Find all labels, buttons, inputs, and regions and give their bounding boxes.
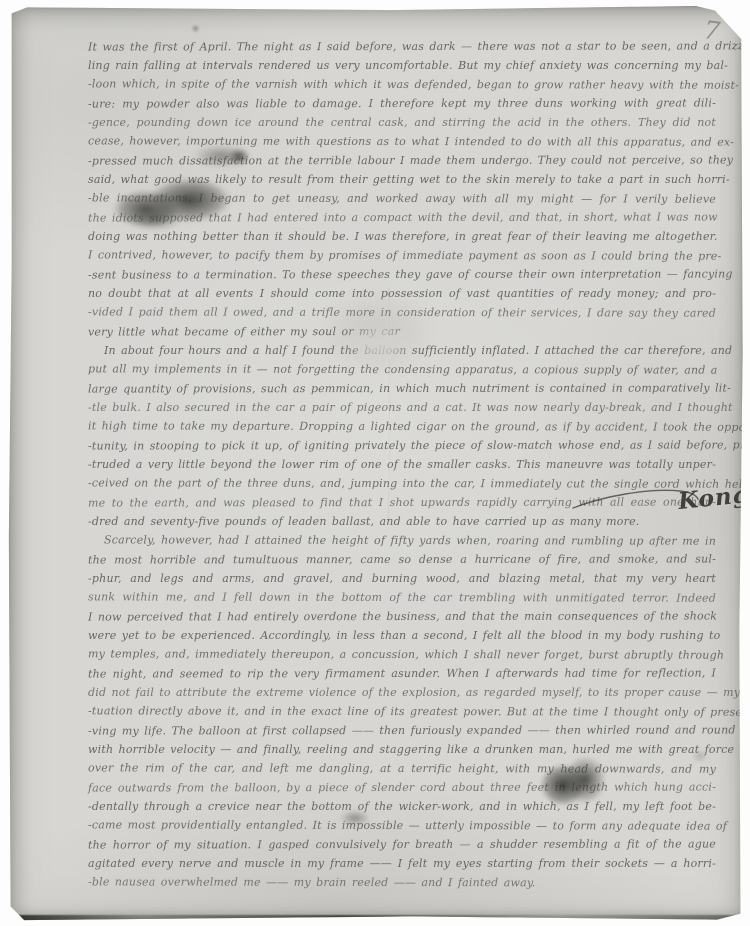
manuscript-line: Scarcely, however, had I attained the he…	[88, 530, 716, 550]
manuscript-line: agitated every nerve and muscle in my fr…	[88, 854, 716, 873]
manuscript-line: cease, however, importuning me with ques…	[88, 131, 716, 151]
margin-note: Kong.	[677, 482, 750, 513]
manuscript-line: It was the first of April. The night as …	[88, 36, 716, 56]
manuscript-line: -pressed much dissatisfaction at the ter…	[88, 150, 716, 170]
manuscript-line: -gence, pounding down ice around the cen…	[88, 113, 716, 132]
manuscript-line: -tunity, in stooping to pick it up, of i…	[88, 435, 716, 455]
manuscript-line: -dentally through a crevice near the bot…	[88, 797, 716, 816]
manuscript-line: I now perceived that I had entirely over…	[88, 606, 716, 626]
manuscript-line: over the rim of the car, and left me dan…	[88, 758, 716, 778]
manuscript-line: ling rain falling at intervals rendered …	[88, 56, 716, 75]
ink-blot-lobe	[564, 756, 606, 804]
manuscript-line: -came most providentially entangled. It …	[88, 815, 716, 835]
water-stain-core	[348, 322, 412, 366]
manuscript-line: with horrible velocity — and finally, re…	[88, 740, 716, 759]
manuscript-line: -truded a very little beyond the lower r…	[88, 455, 716, 474]
ink-blot	[228, 148, 250, 165]
manuscript-line: the most horrible and tumultuous manner,…	[88, 549, 716, 569]
manuscript-line: -ble nausea overwhelmed me —— my brain r…	[88, 872, 716, 892]
manuscript-line: -tle bulk. I also secured in the car a p…	[88, 398, 716, 417]
manuscript-line: -phur, and legs and arms, and gravel, an…	[88, 569, 716, 588]
manuscript-line: the night, and seemed to rip the very fi…	[88, 663, 716, 683]
paper-bottom-edge	[8, 915, 743, 921]
manuscript-line: were yet to be experienced. Accordingly,…	[88, 626, 716, 645]
manuscript-line: my temples, and, immediately thereupon, …	[88, 644, 716, 664]
manuscript-line: -sent business to a termination. To thes…	[88, 264, 716, 284]
manuscript-line: it high time to take my departure. Dropp…	[88, 416, 716, 436]
ink-blot	[113, 176, 233, 232]
scan-background: 7 It was the first of April. The night a…	[0, 0, 750, 926]
paper-spot	[692, 750, 708, 762]
ink-smudge	[340, 810, 370, 826]
manuscript-page: 7 It was the first of April. The night a…	[8, 6, 743, 921]
manuscript-line: face outwards from the balloon, by a pie…	[88, 777, 716, 797]
manuscript-line: the horror of my situation. I gasped con…	[88, 834, 716, 854]
manuscript-line: -ving my life. The balloon at first coll…	[88, 720, 716, 740]
manuscript-line: large quantity of provisions, such as pe…	[88, 378, 716, 398]
manuscript-line: -loon which, in spite of the varnish wit…	[88, 74, 716, 94]
manuscript-line: did not fail to attribute the extreme vi…	[88, 683, 716, 702]
manuscript-text: It was the first of April. The night as …	[88, 37, 716, 892]
manuscript-line: sunk within me, and I fell down in the b…	[88, 587, 716, 607]
manuscript-line: -ure: my powder also was liable to damag…	[88, 93, 716, 113]
ink-blot	[540, 756, 606, 810]
ink-blot-lobe	[131, 206, 183, 230]
manuscript-line: I contrived, however, to pacify them by …	[88, 245, 716, 265]
water-stain	[318, 290, 436, 374]
manuscript-line: -tuation directly above it, and in the e…	[88, 701, 716, 721]
pen-mark	[191, 24, 200, 33]
